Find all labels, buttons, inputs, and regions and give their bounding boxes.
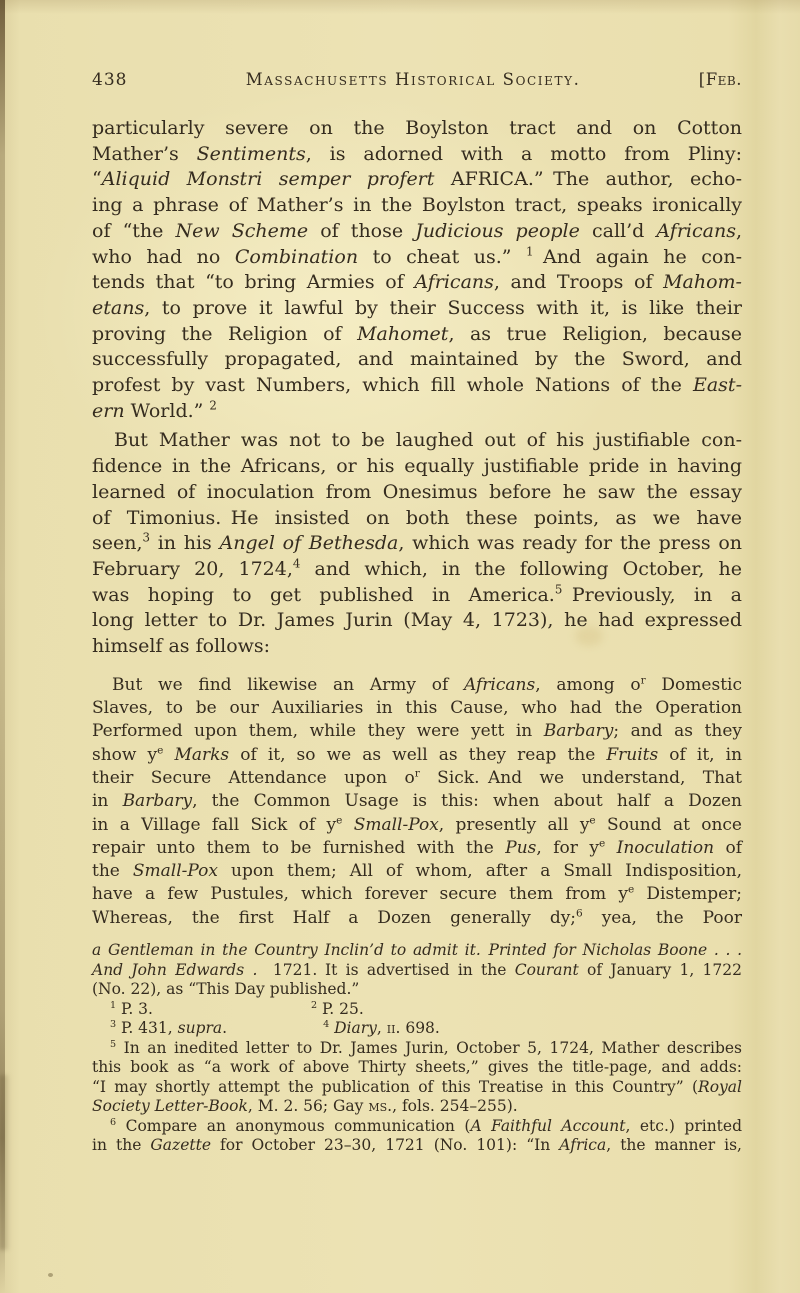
footnotes-section: a Gentleman in the Country Inclin’d to a… [92,941,742,1156]
text-line: repair unto them to be furnished with th… [92,837,742,860]
text-line: of “the New Scheme of those Judicious pe… [92,219,742,245]
page-number: 438 [92,70,127,90]
text-line: Performed upon them, while they were yet… [92,720,742,743]
text-line: a Gentleman in the Country Inclin’d to a… [92,941,742,961]
text-line: seen,3 in his Angel of Bethesda, which w… [92,531,742,557]
text-line: 5 In an inedited letter to Dr. James Jur… [92,1039,742,1059]
text-line: 6 Compare an anonymous communication (A … [92,1117,742,1137]
text-line: tends that “to bring Armies of Africans,… [92,270,742,296]
text-line: fidence in the Africans, or his equally … [92,454,742,480]
footnote-6: 6 Compare an anonymous communication (A … [92,1117,742,1156]
text-line: was hoping to get published in America.5… [92,583,742,609]
text-line: particularly severe on the Boylston trac… [92,116,742,142]
text-line: the Small-Pox upon them; All of whom, af… [92,860,742,883]
text-line: in the Gazette for October 23–30, 1721 (… [92,1136,742,1156]
text-line: have a few Pustules, which forever secur… [92,883,742,906]
text-line: But Mather was not to be laughed out of … [92,428,742,454]
text-line: “I may shortly attempt the publication o… [92,1078,742,1098]
issue-month-tag: [Feb. [699,70,742,89]
paper-speck [48,1273,53,1277]
text-line: show ye Marks of it, so we as well as th… [92,744,742,767]
text-line: “Aliquid Monstri semper profert AFRICA.”… [92,167,742,193]
text-line: this book as “a work of above Thirty she… [92,1058,742,1078]
text-line: of Timonius. He insisted on both these p… [92,506,742,532]
text-line: etans, to prove it lawful by their Succe… [92,296,742,322]
text-line: Whereas, the first Half a Dozen generall… [92,907,742,930]
text-line: Society Letter-Book, M. 2. 56; Gay ms., … [92,1097,742,1117]
text-line: in Barbary, the Common Usage is this: wh… [92,790,742,813]
text-line: Slaves, to be our Auxiliaries in this Ca… [92,697,742,720]
text-line: successfully propagated, and maintained … [92,347,742,373]
footnote-references: 1 P. 3.2 P. 25.3 P. 431, supra.4 Diary, … [92,1000,742,1039]
text-line: Mather’s Sentiments, is adorned with a m… [92,142,742,168]
text-line: And John Edwards . 1721. It is advertise… [92,961,742,981]
text-line: himself as follows: [92,634,742,660]
text-line: profest by vast Numbers, which fill whol… [92,373,742,399]
text-line: long letter to Dr. James Jurin (May 4, 1… [92,608,742,634]
paragraph-continuation: particularly severe on the Boylston trac… [92,116,742,424]
page-left-edge-shadow [0,0,5,1293]
text-line: But we find likewise an Army of Africans… [92,674,742,697]
text-line: February 20, 1724,4 and which, in the fo… [92,557,742,583]
page-left-edge-shadow-lower [0,1075,10,1250]
text-line: ing a phrase of Mather’s in the Boylston… [92,193,742,219]
text-line: learned of inoculation from Onesimus bef… [92,480,742,506]
text-line: ern World.” 2 [92,399,742,425]
text-line: 3 P. 431, supra.4 Diary, ii. 698. [92,1019,742,1039]
text-line: in a Village fall Sick of ye Small-Pox, … [92,814,742,837]
footnote-continuation: a Gentleman in the Country Inclin’d to a… [92,941,742,1000]
running-title: Massachusetts Historical Society. [127,70,698,89]
paragraph: But Mather was not to be laughed out of … [92,428,742,659]
text-line: 1 P. 3.2 P. 25. [92,1000,742,1020]
text-line: (No. 22), as “This Day published.” [92,980,742,1000]
main-text-block: particularly severe on the Boylston trac… [92,116,742,1156]
footnote-5: 5 In an inedited letter to Dr. James Jur… [92,1039,742,1117]
book-page-scan: 438 Massachusetts Historical Society. [F… [0,0,800,1293]
running-header: 438 Massachusetts Historical Society. [F… [92,70,742,90]
text-line: their Secure Attendance upon or Sick. An… [92,767,742,790]
text-line: proving the Religion of Mahomet, as true… [92,322,742,348]
text-line: who had no Combination to cheat us.” 1 A… [92,245,742,271]
block-quote-letter-excerpt: But we find likewise an Army of Africans… [92,674,742,930]
